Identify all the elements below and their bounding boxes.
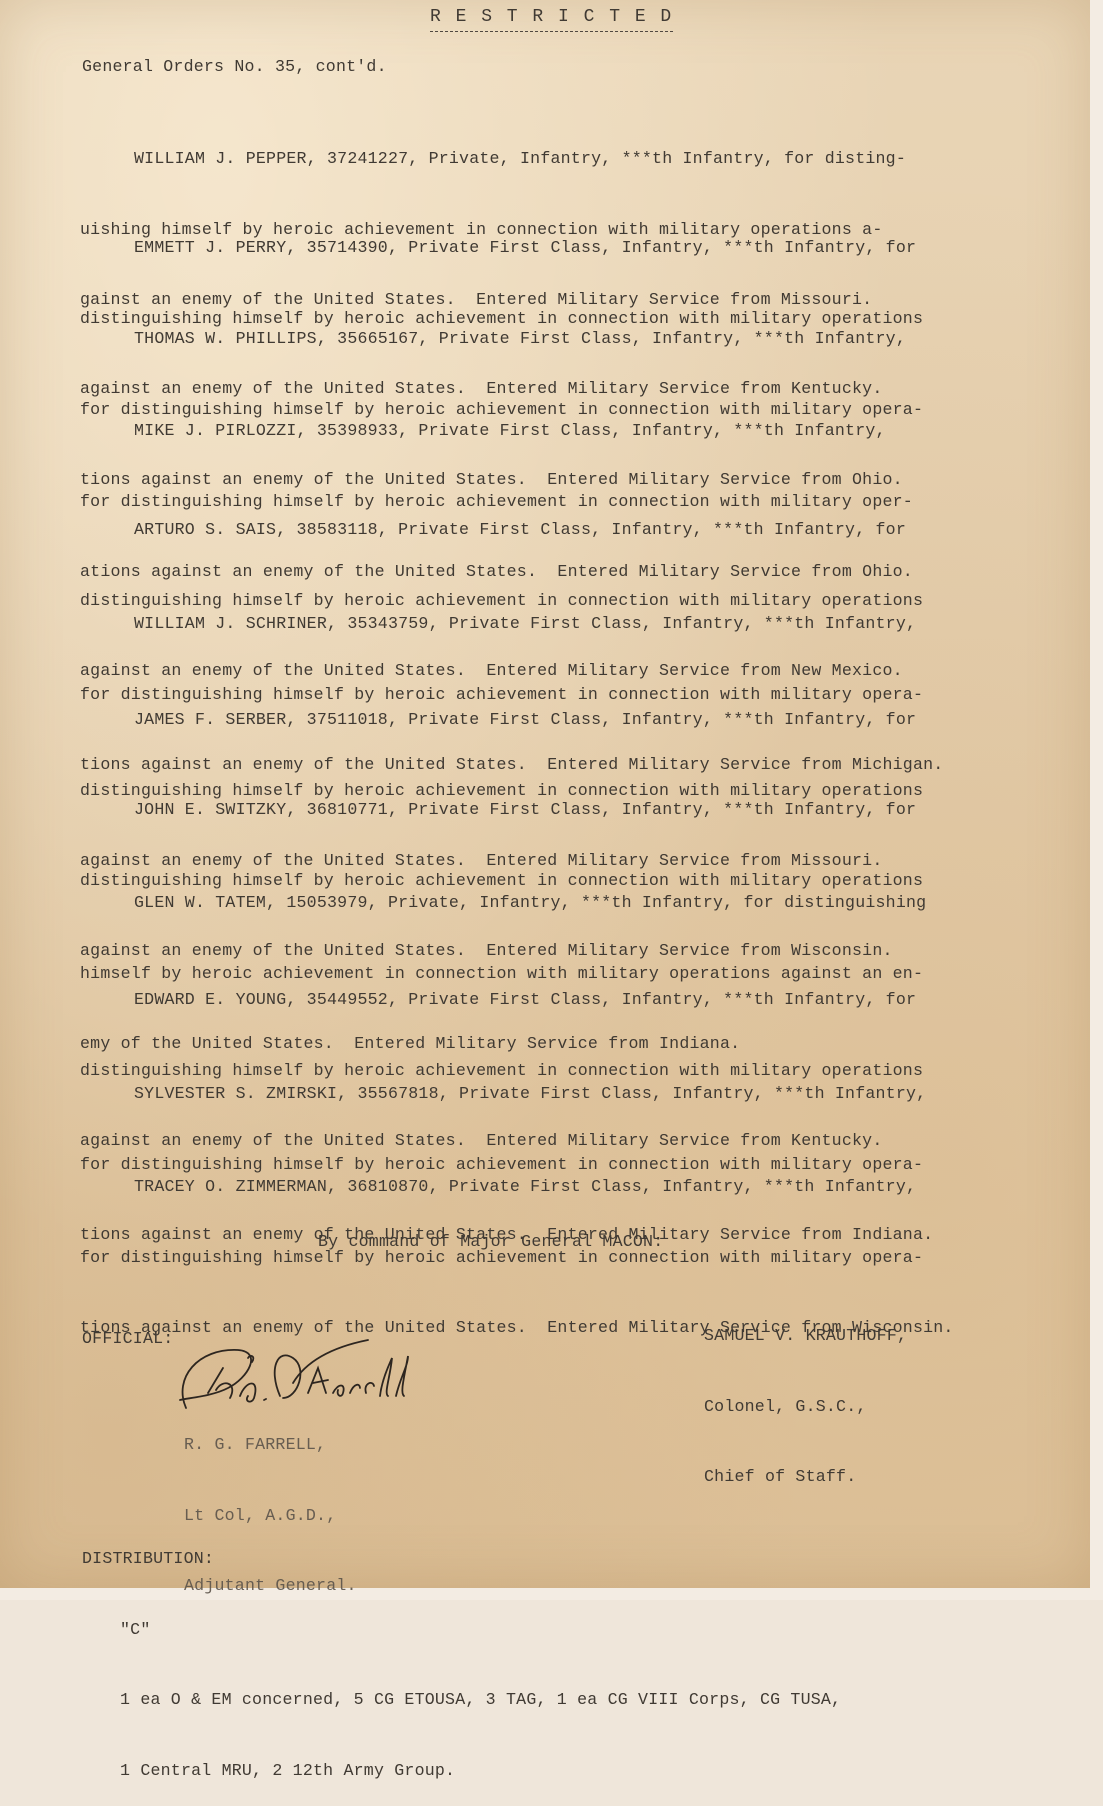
page-margin-right [1090,0,1103,1600]
citation-line: WILLIAM J. PEPPER, 37241227, Private, In… [80,147,1040,171]
citation-line: EDWARD E. YOUNG, 35449552, Private First… [80,988,1040,1012]
distribution-block: DISTRIBUTION: "C" 1 ea O & EM concerned,… [82,1500,841,1600]
citation-line: ARTURO S. SAIS, 38583118, Private First … [80,518,1040,542]
citation-line: JAMES F. SERBER, 37511018, Private First… [80,708,1040,732]
citation-line: WILLIAM J. SCHRINER, 35343759, Private F… [80,612,1040,636]
signatory-rank: Colonel, G.S.C., [704,1395,907,1419]
citation-line: MIKE J. PIRLOZZI, 35398933, Private Firs… [80,419,1040,443]
citation-line: SYLVESTER S. ZMIRSKI, 35567818, Private … [80,1082,1040,1106]
orders-reference: General Orders No. 35, cont'd. [82,55,387,79]
citation-line: THOMAS W. PHILLIPS, 35665167, Private Fi… [80,327,1040,351]
chief-of-staff-block: SAMUEL V. KRAUTHOFF, Colonel, G.S.C., Ch… [704,1277,907,1512]
official-label: OFFICIAL: [82,1327,173,1351]
distribution-label: DISTRIBUTION: [82,1547,841,1571]
citation-line: EMMETT J. PERRY, 35714390, Private First… [80,236,1040,260]
citation-line: JOHN E. SWITZKY, 36810771, Private First… [80,798,1040,822]
adjutant-name: R. G. FARRELL, [184,1433,357,1457]
citation-line: TRACEY O. ZIMMERMAN, 36810870, Private F… [80,1175,1040,1199]
citation-line: GLEN W. TATEM, 15053979, Private, Infant… [80,891,1040,915]
signatory-title: Chief of Staff. [704,1465,907,1489]
classification-marking: R E S T R I C T E D [430,6,673,32]
signatory-name: SAMUEL V. KRAUTHOFF, [704,1324,907,1348]
command-line: By command of Major General MACON: [318,1230,663,1254]
